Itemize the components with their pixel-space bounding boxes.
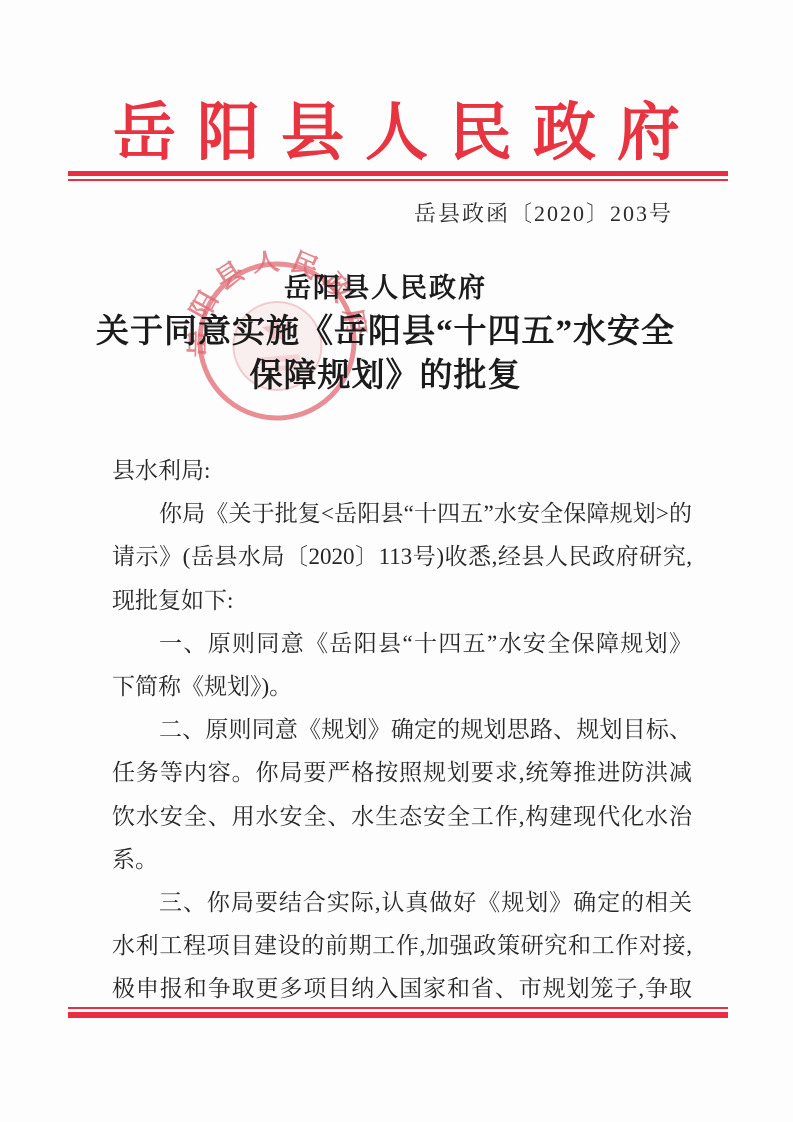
body-line: 下简称《规划》)。 xyxy=(112,665,692,708)
doc-number: 岳县政函〔2020〕203号 xyxy=(414,197,673,228)
body-line-salutation: 县水利局: xyxy=(112,449,692,492)
body-line: 饮水安全、用水安全、水生态安全工作,构建现代化水治理体 xyxy=(112,795,692,838)
letterhead-org-name: 岳阳县人民政府 xyxy=(0,82,793,173)
title-line-1: 岳阳县人民政府 xyxy=(0,266,771,310)
body-line: 一、原则同意《岳阳县“十四五”水安全保障规划》(以 xyxy=(112,622,692,665)
document-title: 岳阳县人民政府 关于同意实施《岳阳县“十四五”水安全 保障规划》的批复 xyxy=(0,266,771,398)
title-line-3: 保障规划》的批复 xyxy=(0,354,771,398)
footer-divider-thick-line xyxy=(68,1012,728,1018)
header-divider xyxy=(68,171,728,181)
body-line: 你局《关于批复<岳阳县“十四五”水安全保障规划>的 xyxy=(112,492,692,535)
body-line: 现批复如下: xyxy=(112,579,692,622)
body-line: 二、原则同意《规划》确定的规划思路、规划目标、主要 xyxy=(112,708,692,751)
body-line: 三、你局要结合实际,认真做好《规划》确定的相关重大 xyxy=(112,881,692,924)
body-line: 极申报和争取更多项目纳入国家和省、市规划笼子,争取上级 xyxy=(112,967,692,1010)
body-line: 任务等内容。你局要严格按照规划要求,统筹推进防洪减灾、 xyxy=(112,751,692,794)
document-page: 岳阳县人民政府 岳县政函〔2020〕203号 岳阳县人民政府 岳阳县人民政府 关… xyxy=(0,0,793,1122)
document-body: 县水利局: 你局《关于批复<岳阳县“十四五”水安全保障规划>的 请示》(岳县水局… xyxy=(112,449,692,1010)
body-line: 请示》(岳县水局〔2020〕113号)收悉,经县人民政府研究, xyxy=(112,535,692,578)
header-divider-thick-line xyxy=(68,171,728,176)
header-divider-thin-line xyxy=(68,179,728,181)
body-line: 系。 xyxy=(112,838,692,881)
title-line-2: 关于同意实施《岳阳县“十四五”水安全 xyxy=(0,310,771,354)
body-line: 水利工程项目建设的前期工作,加强政策研究和工作对接,积 xyxy=(112,924,692,967)
